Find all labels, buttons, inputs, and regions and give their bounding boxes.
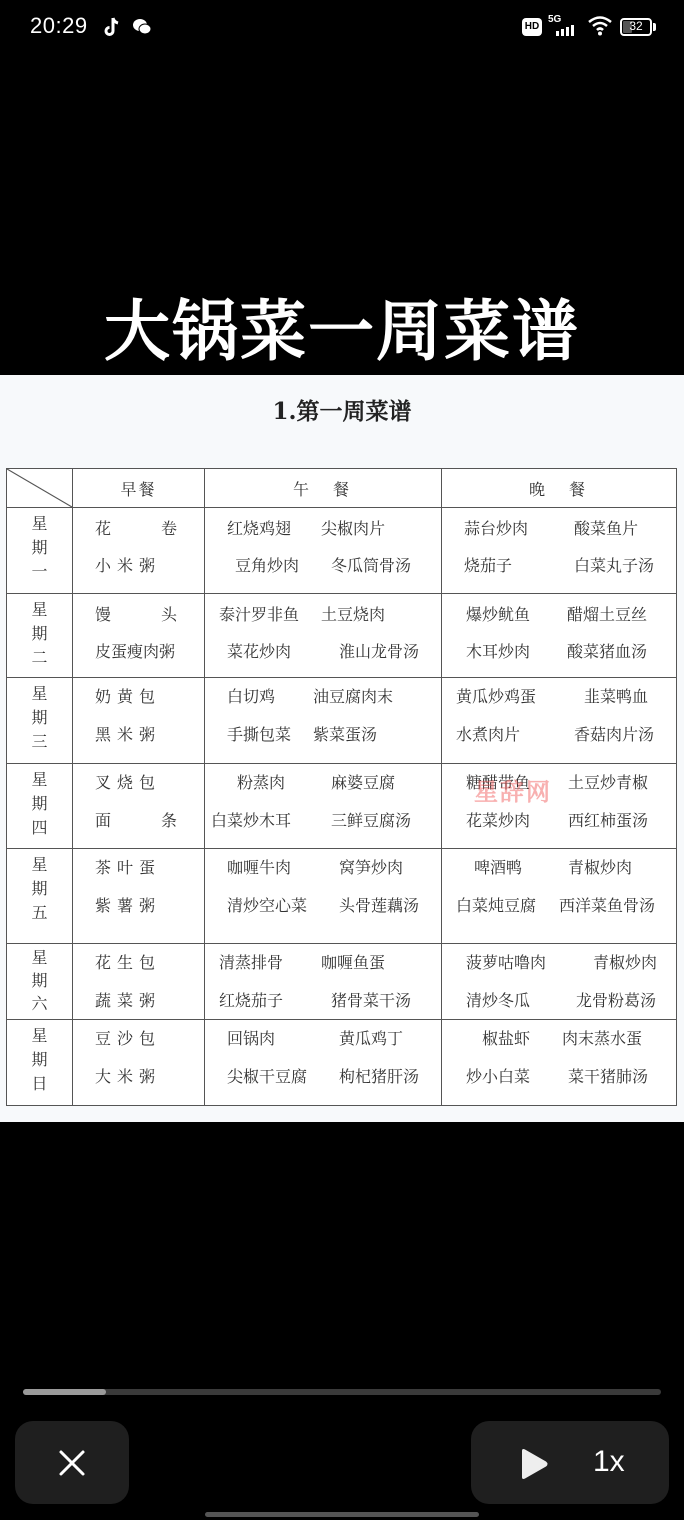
day-cell: 星期二 bbox=[7, 594, 73, 678]
dish: 西红柿蛋汤 bbox=[568, 808, 648, 831]
progress-fill bbox=[23, 1389, 106, 1395]
network-type-label: 5G bbox=[548, 14, 561, 25]
weekly-menu-table: 早餐 午 餐 晚 餐 星期一 花 卷 小米粥 红烧鸡翅 尖椒肉片 豆角炒肉 冬瓜… bbox=[6, 468, 677, 1106]
dish: 蔬菜粥 bbox=[95, 988, 161, 1011]
table-row: 星期三 奶黄包 黑米粥 白切鸡 油豆腐肉末 手撕包菜 紫菜蛋汤 黄瓜炒鸡蛋 韭菜… bbox=[7, 678, 677, 764]
dish: 紫菜蛋汤 bbox=[313, 722, 377, 745]
dish: 紫薯粥 bbox=[95, 893, 161, 916]
dish: 香菇肉片汤 bbox=[574, 722, 654, 745]
breakfast-cell: 茶叶蛋 紫薯粥 bbox=[73, 849, 205, 944]
lunch-cell: 清蒸排骨 咖喱鱼蛋 红烧茄子 猪骨菜干汤 bbox=[205, 944, 442, 1020]
dish: 黄瓜鸡丁 bbox=[339, 1026, 403, 1049]
lunch-cell: 泰汁罗非鱼 土豆烧肉 菜花炒肉 淮山龙骨汤 bbox=[205, 594, 442, 678]
dish: 土豆炒青椒 bbox=[568, 770, 648, 793]
dinner-cell: 蒜台炒肉 酸菜鱼片 烧茄子 白菜丸子汤 bbox=[442, 508, 677, 594]
dish: 菜花炒肉 bbox=[227, 639, 291, 662]
dish: 椒盐虾 bbox=[482, 1026, 530, 1049]
table-row: 星期五 茶叶蛋 紫薯粥 咖喱牛肉 窝笋炒肉 清炒空心菜 头骨莲藕汤 啤酒鸭 青椒… bbox=[7, 849, 677, 944]
dinner-cell: 啤酒鸭 青椒炒肉 白菜炖豆腐 西洋菜鱼骨汤 bbox=[442, 849, 677, 944]
corner-diagonal-cell bbox=[7, 469, 73, 508]
dish: 大米粥 bbox=[95, 1064, 161, 1087]
dish: 尖椒肉片 bbox=[321, 516, 385, 539]
dish: 花 卷 bbox=[95, 516, 183, 539]
play-icon[interactable] bbox=[519, 1448, 549, 1480]
breakfast-cell: 奶黄包 黑米粥 bbox=[73, 678, 205, 764]
dish: 白菜炖豆腐 bbox=[456, 893, 536, 916]
dish: 酸菜鱼片 bbox=[574, 516, 638, 539]
dish: 头骨莲藕汤 bbox=[339, 893, 419, 916]
dish: 水煮肉片 bbox=[456, 722, 520, 745]
dish: 三鲜豆腐汤 bbox=[331, 808, 411, 831]
battery-level: 32 bbox=[622, 19, 650, 33]
lunch-cell: 白切鸡 油豆腐肉末 手撕包菜 紫菜蛋汤 bbox=[205, 678, 442, 764]
dish: 猪骨菜干汤 bbox=[331, 988, 411, 1011]
breakfast-cell: 馒 头 皮蛋瘦肉粥 bbox=[73, 594, 205, 678]
dish: 蒜台炒肉 bbox=[464, 516, 528, 539]
dish: 青椒炒肉 bbox=[593, 950, 657, 973]
dinner-cell: 黄瓜炒鸡蛋 韭菜鸭血 水煮肉片 香菇肉片汤 bbox=[442, 678, 677, 764]
dish: 青椒炒肉 bbox=[568, 855, 632, 878]
dish: 清炒冬瓜 bbox=[466, 988, 530, 1011]
dish: 啤酒鸭 bbox=[474, 855, 522, 878]
table-header-row: 早餐 午 餐 晚 餐 bbox=[7, 469, 677, 508]
battery-tip bbox=[653, 23, 656, 31]
lunch-cell: 红烧鸡翅 尖椒肉片 豆角炒肉 冬瓜筒骨汤 bbox=[205, 508, 442, 594]
dish: 红烧茄子 bbox=[219, 988, 283, 1011]
hd-icon: HD bbox=[522, 18, 542, 36]
dish: 叉烧包 bbox=[95, 770, 161, 793]
cellular-signal-icon: 5G bbox=[548, 14, 582, 38]
dish: 皮蛋瘦肉粥 bbox=[95, 639, 175, 662]
lunch-cell: 回锅肉 黄瓜鸡丁 尖椒干豆腐 枸杞猪肝汤 bbox=[205, 1020, 442, 1106]
dish: 菜干猪肺汤 bbox=[568, 1064, 648, 1087]
dish: 回锅肉 bbox=[227, 1026, 275, 1049]
dish: 烧茄子 bbox=[464, 553, 512, 576]
document-subtitle: 1.第一周菜谱 bbox=[0, 393, 684, 426]
wechat-icon bbox=[132, 18, 152, 36]
dinner-cell: 椒盐虾 肉末蒸水蛋 炒小白菜 菜干猪肺汤 bbox=[442, 1020, 677, 1106]
wifi-icon bbox=[588, 15, 612, 37]
dish: 西洋菜鱼骨汤 bbox=[559, 893, 655, 916]
close-button[interactable] bbox=[15, 1421, 129, 1504]
header-breakfast: 早餐 bbox=[73, 469, 205, 508]
dish: 枸杞猪肝汤 bbox=[339, 1064, 419, 1087]
home-indicator[interactable] bbox=[205, 1512, 479, 1517]
close-icon bbox=[58, 1449, 86, 1477]
dish: 韭菜鸭血 bbox=[584, 684, 648, 707]
dinner-cell: 爆炒鱿鱼 醋熘土豆丝 木耳炒肉 酸菜猪血汤 bbox=[442, 594, 677, 678]
day-cell: 星期四 bbox=[7, 764, 73, 849]
header-lunch: 午 餐 bbox=[205, 469, 442, 508]
dish: 小米粥 bbox=[95, 553, 161, 576]
banner-title: 大锅菜一周菜谱 bbox=[0, 278, 684, 373]
dish: 红烧鸡翅 bbox=[227, 516, 291, 539]
dish: 酸菜猪血汤 bbox=[567, 639, 647, 662]
dish: 花生包 bbox=[95, 950, 161, 973]
dish: 黑米粥 bbox=[95, 722, 161, 745]
day-cell: 星期日 bbox=[7, 1020, 73, 1106]
dish: 咖喱鱼蛋 bbox=[321, 950, 385, 973]
dish: 油豆腐肉末 bbox=[313, 684, 393, 707]
breakfast-cell: 花生包 蔬菜粥 bbox=[73, 944, 205, 1020]
breakfast-cell: 花 卷 小米粥 bbox=[73, 508, 205, 594]
day-cell: 星期三 bbox=[7, 678, 73, 764]
dish: 菠萝咕噜肉 bbox=[466, 950, 546, 973]
dish: 冬瓜筒骨汤 bbox=[331, 553, 411, 576]
dish: 清炒空心菜 bbox=[227, 893, 307, 916]
playback-speed-button[interactable]: 1x bbox=[593, 1445, 625, 1479]
dish: 豆角炒肉 bbox=[235, 553, 299, 576]
dish: 尖椒干豆腐 bbox=[227, 1064, 307, 1087]
table-row: 星期一 花 卷 小米粥 红烧鸡翅 尖椒肉片 豆角炒肉 冬瓜筒骨汤 蒜台炒肉 酸菜… bbox=[7, 508, 677, 594]
play-speed-control: 1x bbox=[471, 1421, 669, 1504]
day-cell: 星期五 bbox=[7, 849, 73, 944]
table-row: 星期二 馒 头 皮蛋瘦肉粥 泰汁罗非鱼 土豆烧肉 菜花炒肉 淮山龙骨汤 爆炒鱿鱼… bbox=[7, 594, 677, 678]
progress-slider[interactable] bbox=[23, 1389, 661, 1395]
breakfast-cell: 豆沙包 大米粥 bbox=[73, 1020, 205, 1106]
dish: 白切鸡 bbox=[227, 684, 275, 707]
dish: 花菜炒肉 bbox=[466, 808, 530, 831]
dish: 茶叶蛋 bbox=[95, 855, 161, 878]
dish: 黄瓜炒鸡蛋 bbox=[456, 684, 536, 707]
dish: 面 条 bbox=[95, 808, 183, 831]
dish: 爆炒鱿鱼 bbox=[466, 602, 530, 625]
dish: 馒 头 bbox=[95, 602, 183, 625]
day-cell: 星期一 bbox=[7, 508, 73, 594]
dish: 醋熘土豆丝 bbox=[567, 602, 647, 625]
dish: 咖喱牛肉 bbox=[227, 855, 291, 878]
status-bar: 20:29 HD 5G 32 bbox=[0, 0, 684, 56]
dish: 土豆烧肉 bbox=[321, 602, 385, 625]
lunch-cell: 咖喱牛肉 窝笋炒肉 清炒空心菜 头骨莲藕汤 bbox=[205, 849, 442, 944]
day-cell: 星期六 bbox=[7, 944, 73, 1020]
dinner-cell: 菠萝咕噜肉 青椒炒肉 清炒冬瓜 龙骨粉葛汤 bbox=[442, 944, 677, 1020]
dish: 木耳炒肉 bbox=[466, 639, 530, 662]
breakfast-cell: 叉烧包 面 条 bbox=[73, 764, 205, 849]
dish: 麻婆豆腐 bbox=[331, 770, 395, 793]
dish: 粉蒸肉 bbox=[237, 770, 285, 793]
dish: 炒小白菜 bbox=[466, 1064, 530, 1087]
dish: 窝笋炒肉 bbox=[339, 855, 403, 878]
header-dinner: 晚 餐 bbox=[442, 469, 677, 508]
dish: 白菜丸子汤 bbox=[574, 553, 654, 576]
dish: 奶黄包 bbox=[95, 684, 161, 707]
status-time: 20:29 bbox=[30, 13, 88, 39]
dish: 手撕包菜 bbox=[227, 722, 291, 745]
tiktok-icon bbox=[104, 16, 120, 38]
table-row: 星期日 豆沙包 大米粥 回锅肉 黄瓜鸡丁 尖椒干豆腐 枸杞猪肝汤 椒盐虾 肉末蒸… bbox=[7, 1020, 677, 1106]
battery-icon: 32 bbox=[620, 18, 652, 36]
table-row: 星期六 花生包 蔬菜粥 清蒸排骨 咖喱鱼蛋 红烧茄子 猪骨菜干汤 菠萝咕噜肉 青… bbox=[7, 944, 677, 1020]
dish: 豆沙包 bbox=[95, 1026, 161, 1049]
dish: 肉末蒸水蛋 bbox=[562, 1026, 642, 1049]
dish: 白菜炒木耳 bbox=[211, 808, 291, 831]
table-row: 星期四 叉烧包 面 条 粉蒸肉 麻婆豆腐 白菜炒木耳 三鲜豆腐汤 糖醋带鱼 土豆… bbox=[7, 764, 677, 849]
dish: 淮山龙骨汤 bbox=[339, 639, 419, 662]
dish: 泰汁罗非鱼 bbox=[219, 602, 299, 625]
dish: 清蒸排骨 bbox=[219, 950, 283, 973]
watermark: 星辞网 bbox=[474, 772, 552, 807]
dish: 龙骨粉葛汤 bbox=[576, 988, 656, 1011]
lunch-cell: 粉蒸肉 麻婆豆腐 白菜炒木耳 三鲜豆腐汤 bbox=[205, 764, 442, 849]
